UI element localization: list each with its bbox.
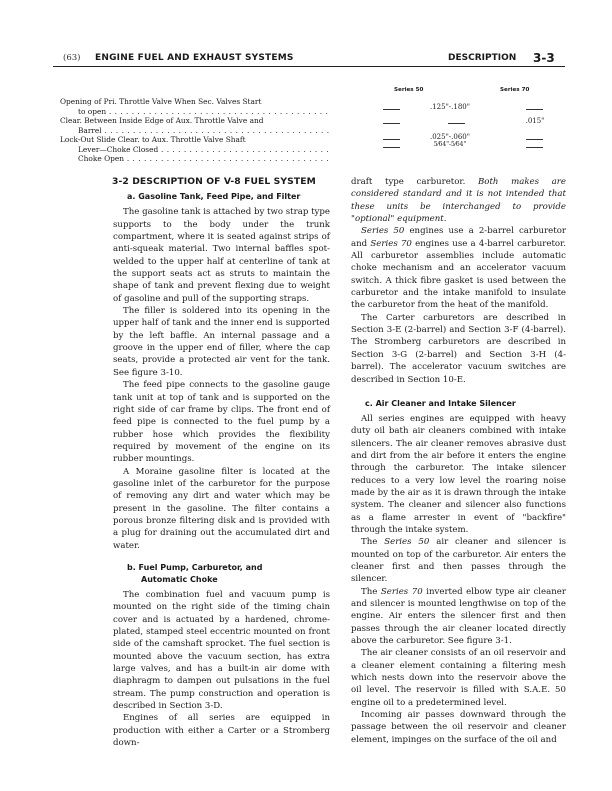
paragraph: The Series 50 air cleaner and silencer i… xyxy=(351,536,566,585)
page-header: (63) ENGINE FUEL AND EXHAUST SYSTEMS DES… xyxy=(53,53,565,67)
empty-dash xyxy=(383,109,400,110)
spec-label: Clear. Between Inside Edge of Aux. Throt… xyxy=(60,116,330,126)
spec-value: .015" xyxy=(505,117,565,125)
paragraph: Incoming air passes downward through the… xyxy=(351,709,566,746)
paragraph: The feed pipe connects to the gasoline g… xyxy=(113,379,330,465)
paragraph: The filler is soldered into its opening … xyxy=(113,305,330,379)
paragraph: Series 50 engines use a 2-barrel carbure… xyxy=(351,225,566,311)
paragraph: The Carter carburetors are described in … xyxy=(351,312,566,386)
page-number: (63) xyxy=(63,53,80,63)
empty-dash xyxy=(448,123,465,124)
chapter-title: ENGINE FUEL AND EXHAUST SYSTEMS xyxy=(95,53,294,63)
empty-dash xyxy=(526,109,543,110)
paragraph: The air cleaner consists of an oil reser… xyxy=(351,647,566,709)
column-header-series-70: Series 70 xyxy=(500,87,529,93)
empty-dash xyxy=(383,123,400,124)
spec-value: .025"-.060" xyxy=(420,133,480,141)
spec-value: 5⁄64"-5⁄64" xyxy=(420,141,480,148)
spec-label: Choke Open xyxy=(60,154,330,164)
paragraph: The combination fuel and vacuum pump is … xyxy=(113,589,330,712)
section-number: 3-3 xyxy=(533,51,555,65)
spec-value: .125"-.180" xyxy=(420,103,480,111)
right-column: draft type carburetor. Both makes are co… xyxy=(351,176,566,746)
subsection-heading-c: c. Air Cleaner and Intake Silencer xyxy=(365,398,566,410)
paragraph: Engines of all series are equipped in pr… xyxy=(113,712,330,749)
subsection-heading-b: b. Fuel Pump, Carburetor, and Automatic … xyxy=(127,562,330,586)
spec-label: Opening of Pri. Throttle Valve When Sec.… xyxy=(60,97,330,107)
left-column: 3-2 DESCRIPTION OF V-8 FUEL SYSTEM a. Ga… xyxy=(113,176,330,749)
spec-labels: Opening of Pri. Throttle Valve When Sec.… xyxy=(60,97,330,164)
section-name: DESCRIPTION xyxy=(448,53,516,63)
empty-dash xyxy=(526,147,543,148)
spec-label: Lock-Out Slide Clear. to Aux. Throttle V… xyxy=(60,135,330,145)
empty-dash xyxy=(383,147,400,148)
spec-label: Barrel xyxy=(60,126,330,136)
paragraph: A Moraine gasoline filter is located at … xyxy=(113,466,330,552)
empty-dash xyxy=(526,139,543,140)
empty-dash xyxy=(383,139,400,140)
spec-label: to open xyxy=(60,107,330,117)
paragraph: All series engines are equipped with hea… xyxy=(351,413,566,536)
paragraph: The Series 70 inverted elbow type air cl… xyxy=(351,586,566,648)
section-heading: 3-2 DESCRIPTION OF V-8 FUEL SYSTEM xyxy=(112,176,330,188)
column-header-series-50: Series 50 xyxy=(394,87,423,93)
paragraph: The gasoline tank is attached by two str… xyxy=(113,206,330,305)
spec-label: Lever—Choke Closed xyxy=(60,145,330,155)
subsection-heading-a: a. Gasoline Tank, Feed Pipe, and Filter xyxy=(127,191,330,203)
paragraph: draft type carburetor. Both makes are co… xyxy=(351,176,566,225)
